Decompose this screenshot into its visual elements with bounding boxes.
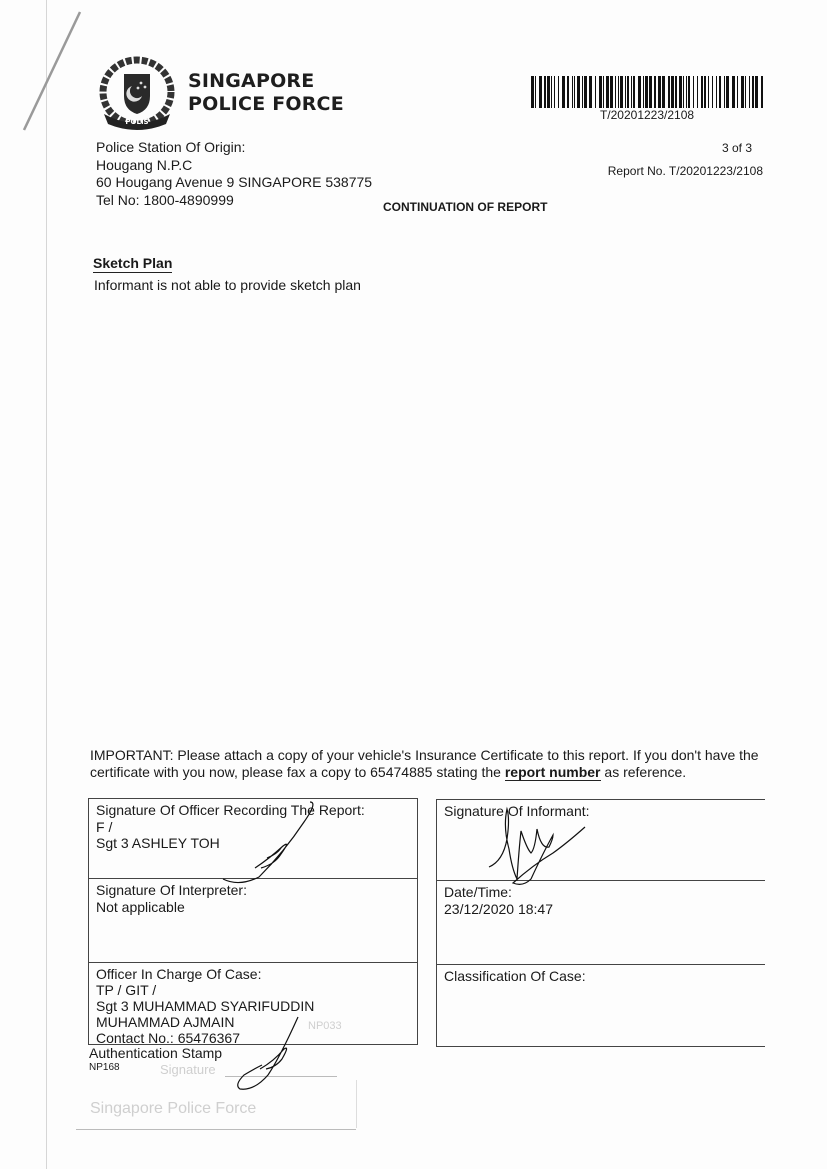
informant-signature <box>485 805 605 880</box>
faint-stamp-org: Singapore Police Force <box>90 1100 256 1118</box>
faint-stamp-signature: Signature <box>160 1062 216 1077</box>
classification-label: Classification Of Case: <box>444 968 765 985</box>
station-name: Hougang N.P.C <box>96 157 372 175</box>
interpreter-value: Not applicable <box>96 899 417 916</box>
report-number: Report No. T/20201223/2108 <box>560 164 763 178</box>
authentication-stamp-label: Authentication Stamp <box>89 1045 222 1061</box>
scan-streak <box>22 12 82 132</box>
important-notice: IMPORTANT: Please attach a copy of your … <box>90 747 770 781</box>
sketch-plan-title: Sketch Plan <box>93 255 172 273</box>
officer-in-charge-label: Officer In Charge Of Case: <box>96 966 417 982</box>
page-count: 3 of 3 <box>700 141 752 155</box>
report-number-emphasis: report number <box>505 764 601 781</box>
station-label: Police Station Of Origin: <box>96 139 372 157</box>
officer-signature <box>215 800 325 885</box>
datetime-value: 23/12/2020 18:47 <box>444 901 765 918</box>
stamp-border <box>356 1080 357 1128</box>
document-type: CONTINUATION OF REPORT <box>383 200 547 214</box>
svg-text:POLIS: POLIS <box>125 118 148 126</box>
authentication-code: NP168 <box>89 1062 120 1073</box>
barcode-text: T/20201223/2108 <box>531 108 763 122</box>
scan-edge <box>46 0 47 1169</box>
station-tel: Tel No: 1800-4890999 <box>96 192 372 210</box>
officer-in-charge-name: Sgt 3 MUHAMMAD SYARIFUDDIN <box>96 998 417 1014</box>
stamp-line <box>76 1129 356 1130</box>
sketch-plan-text: Informant is not able to provide sketch … <box>94 277 361 293</box>
station-address: 60 Hougang Avenue 9 SINGAPORE 538775 <box>96 174 372 192</box>
datetime-label: Date/Time: <box>444 884 765 901</box>
interpreter-cell: Signature Of Interpreter: Not applicable <box>89 879 417 962</box>
brand-line-2: POLICE FORCE <box>188 93 344 116</box>
barcode <box>531 76 763 108</box>
datetime-cell: Date/Time: 23/12/2020 18:47 <box>437 881 765 964</box>
brand-name: SINGAPORE POLICE FORCE <box>188 70 344 116</box>
station-block: Police Station Of Origin: Hougang N.P.C … <box>96 139 372 209</box>
brand-line-1: SINGAPORE <box>188 70 344 93</box>
classification-cell: Classification Of Case: <box>437 965 765 1045</box>
faint-stamp-code: NP033 <box>308 1020 342 1032</box>
officer-in-charge-unit: TP / GIT / <box>96 982 417 998</box>
important-text-end: as reference. <box>601 764 687 780</box>
authentication-signature <box>220 1015 310 1095</box>
police-crest-icon: POLIS <box>96 56 178 132</box>
